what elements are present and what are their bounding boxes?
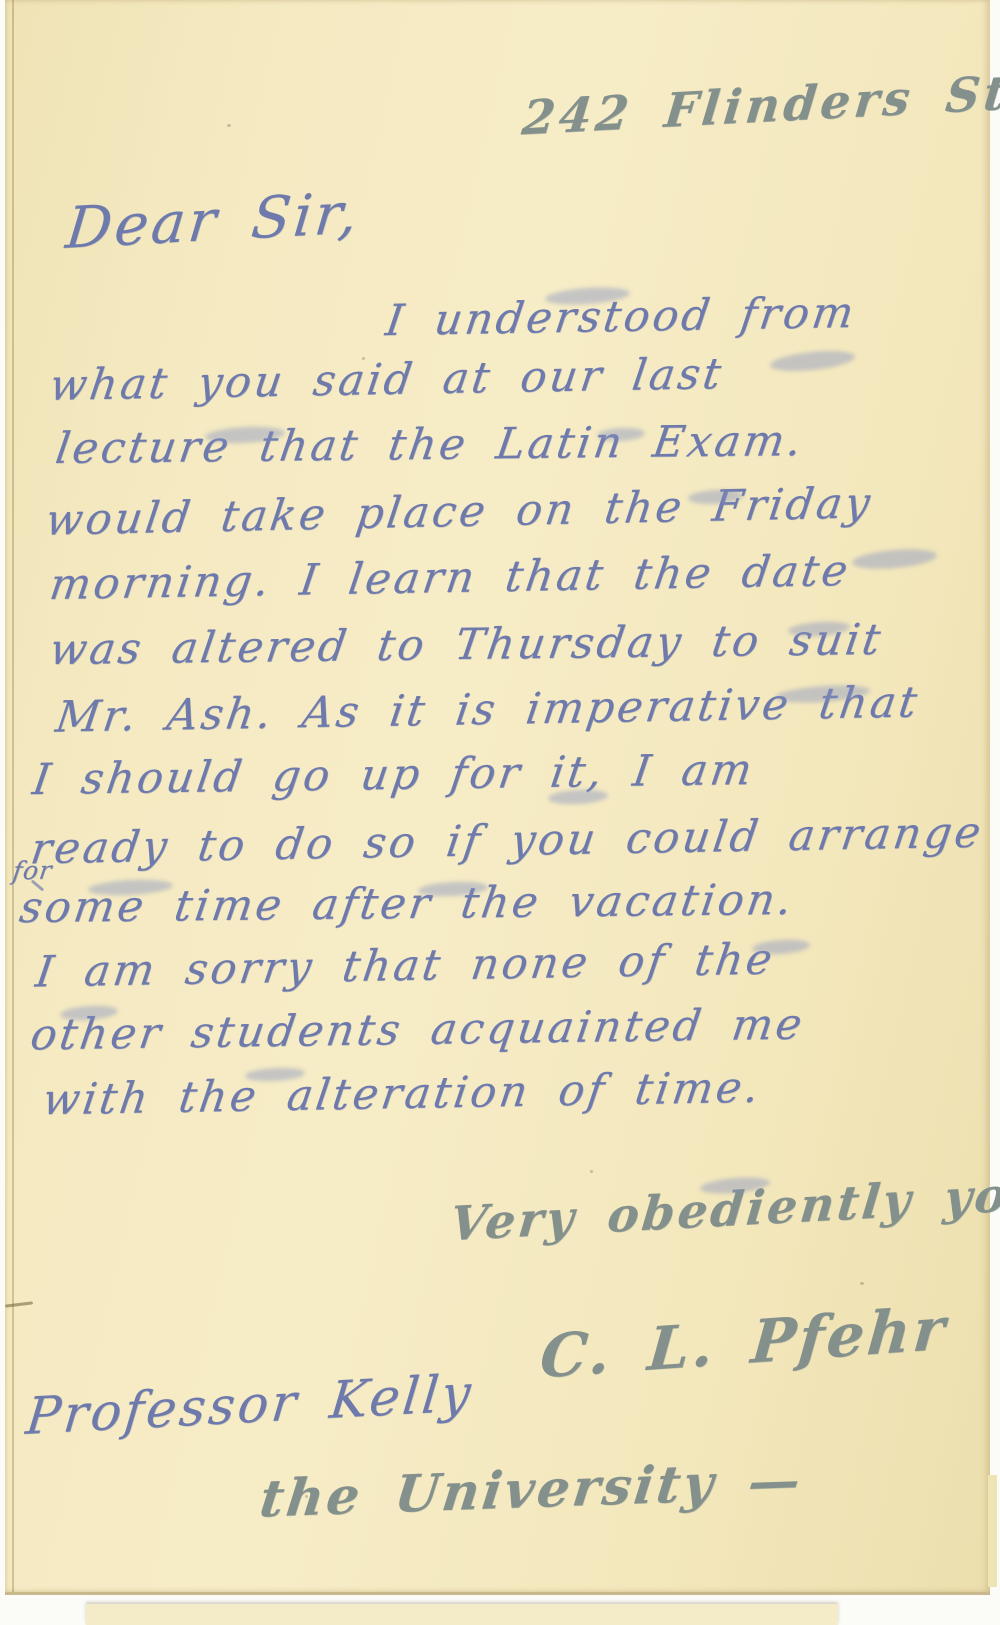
- body-line-8: I should go up for it, I am: [33, 745, 755, 805]
- paper-speck: [227, 124, 231, 127]
- body-line-3: lecture that the Latin Exam.: [56, 416, 804, 474]
- handwritten-text: was altered to Thursday to suit: [46, 615, 886, 675]
- scanned-letter: 242 Flinders St, Dear Sir, I understood …: [0, 0, 1000, 1625]
- underlying-page-edge: [86, 1604, 838, 1625]
- handwritten-text: lecture that the Latin Exam.: [52, 416, 807, 474]
- body-line-6: was altered to Thursday to suit: [50, 615, 883, 675]
- handwritten-text: I should go up for it, I am: [29, 745, 758, 805]
- right-page-edge: [988, 1475, 997, 1587]
- paper-speck: [860, 1282, 864, 1285]
- paper-speck: [590, 1170, 593, 1173]
